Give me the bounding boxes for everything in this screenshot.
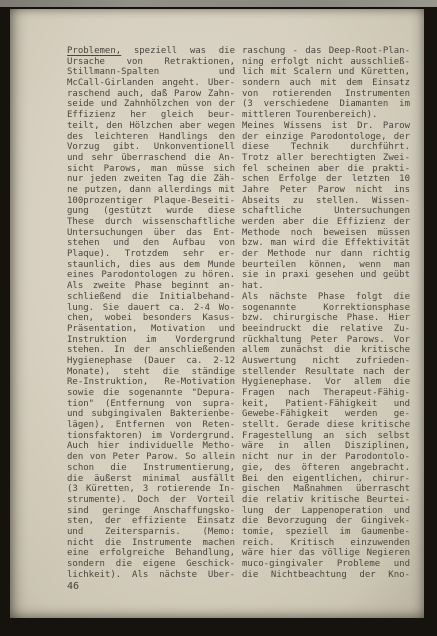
text-line: lägen), Entfernen von Reten- [67,420,235,431]
text-line: (3 verschiedene Diamanten im [242,99,410,110]
text-line: Problemen, speziell was die [67,46,235,57]
scanned-book-page: Problemen, speziell was dieUrsache von R… [0,0,437,636]
text-line: mittleren Tourenbereich). [242,110,410,121]
text-line: Vorzug gibt. Unkonventionell [67,142,235,153]
text-line: lung. Sie dauert ca. 2-4 Wo- [67,303,235,314]
text-line: Ursache von Retraktionen, [67,57,235,68]
text-line: gung (gestützt wurde diese [67,206,235,217]
text-line: Instruktion im Vordergrund [67,335,235,346]
text-line: Fragen nach Therapeut-Fähig- [242,388,410,399]
text-line: sogenannte Korrektionsphase [242,303,410,314]
text-line: Stillmann-Spalten und [67,67,235,78]
scanner-edge-band [0,0,437,7]
text-line: seide und Zahnhölzchen von der [67,99,235,110]
text-line: Jahre Peter Parow nicht ins [242,185,410,196]
text-line: Auswertung nicht zufrieden- [242,356,410,367]
text-line: teilt, den Hölzchen aber wegen [67,121,235,132]
text-line: raschend auch, daß Parow Zahn- [67,89,235,100]
text-line: allem zunächst die kritische [242,345,410,356]
text-line: Auch hier individuelle Metho- [67,441,235,452]
text-line: gischen Maßnahmen überrascht [242,484,410,495]
text-line: stellender Resultate nach der [242,367,410,378]
text-line: Präsentation, Motivation und [67,324,235,335]
text-line: den von Peter Parow. So allein [67,452,235,463]
text-line: Untersuchungen über das Ent- [67,228,235,239]
text-line: Als zweite Phase beginnt an- [67,281,235,292]
text-line: stehen. In der anschließenden [67,345,235,356]
text-line: schen Erfolge der letzten 10 [242,174,410,185]
text-line: nicht die Instrumente machen [67,538,235,549]
text-line: Fragestellung an sich selbst [242,431,410,442]
text-line: (3 Küretten, 3 rotierende In- [67,484,235,495]
text-line: Plaque). Trotzdem sehr er- [67,249,235,260]
text-line: die relativ kritische Beurtei- [242,495,410,506]
text-line: schaftliche Untersuchungen [242,206,410,217]
text-line: und subgingivalen Bakterienbe- [67,409,235,420]
text-line: Hygienephase. Vor allem die [242,377,410,388]
text-line: strumente). Doch der Vorteil [67,495,235,506]
text-line: schließend die Initialbehand- [67,292,235,303]
text-line: die äußerst minimal ausfällt [67,474,235,485]
text-line: Meines Wissens ist Dr. Parow [242,121,410,132]
text-line: und sehr überraschend die An- [67,153,235,164]
text-line: staunlich, dies aus dem Munde [67,260,235,271]
right-text-column: raschung - das Deep-Root-Plan-ning erfol… [242,46,410,580]
text-line: sicht Parows, man müsse sich [67,164,235,175]
page: Problemen, speziell was dieUrsache von R… [10,9,424,618]
text-line: chen, wobei besonders Kasus- [67,313,235,324]
text-line: die Nichtbeachtung der Kno- [242,570,410,581]
text-line: sondern auch mit dem Einsatz [242,78,410,89]
text-line: schon die Instrumentierung, [67,463,235,474]
text-line: diese Technik durchführt. [242,142,410,153]
text-line: wäre hier das völlige Negieren [242,548,410,559]
text-line: nicht nur in der Parodontolo- [242,452,410,463]
text-line: stehen und den Aufbau von [67,238,235,249]
text-line: Abseits zu stellen. Wissen- [242,196,410,207]
text-line: sowie die sogenannte "Depura- [67,388,235,399]
left-text-column: Problemen, speziell was dieUrsache von R… [67,46,235,580]
text-line: fel scheinen aber die prakti- [242,164,410,175]
text-line: lung der Lappenoperation und [242,506,410,517]
text-line: sind geringe Anschaffungsko- [67,506,235,517]
text-line: bzw. man wird die Effektivität [242,238,410,249]
text-line: sie in praxi gesehen und geübt [242,270,410,281]
text-line: Methode noch beweisen müssen [242,228,410,239]
text-line: hat. [242,281,410,292]
text-line: raschung - das Deep-Root-Plan- [242,46,410,57]
text-line: keit, Patient-Fähigkeit und [242,399,410,410]
text-line: von rotierenden Instrumenten [242,89,410,100]
text-line: lich mit Scalern und Küretten, [242,67,410,78]
text-line: reich. Kritisch einzuwenden [242,538,410,549]
text-line: muco-gingivaler Probleme und [242,559,410,570]
text-line: werden aber die Effizienz der [242,217,410,228]
text-line: Effizienz her gleich beur- [67,110,235,121]
text-line: McCall-Girlanden angeht. Über- [67,78,235,89]
text-line: eine erfolgreiche Behandlung, [67,548,235,559]
text-line: rückhaltung Peter Parows. Vor [242,335,410,346]
text-line: Bei den eigentlichen, chirur- [242,474,410,485]
text-line: sondern die eigene Geschick- [67,559,235,570]
text-line: bzw. chirurgische Phase. Hier [242,313,410,324]
text-line: ning erfolgt nicht ausschließ- [242,57,410,68]
text-line: Als nächste Phase folgt die [242,292,410,303]
text-line: beurteilen können, wenn man [242,260,410,271]
text-line: tionsfaktoren) im Vordergrund. [67,431,235,442]
text-line: 100prozentiger Plaque-Beseiti- [67,196,235,207]
text-line: der Methode nur dann richtig [242,249,410,260]
text-line: des leichteren Handlings den [67,132,235,143]
text-line: These durch wissenschaftliche [67,217,235,228]
page-number: 46 [67,581,79,592]
text-line: eines Parodontologen zu hören. [67,270,235,281]
text-line: tomie, speziell im Gaumenbe- [242,527,410,538]
text-line: tion" (Entfernung von supra- [67,399,235,410]
text-line: nur jeden zweiten Tag die Zäh- [67,174,235,185]
text-line: Monate), steht die ständige [67,367,235,378]
text-line: stellt. Gerade diese kritische [242,420,410,431]
text-line: beeindruckt die relative Zu- [242,324,410,335]
text-line: Trotz aller berechtigten Zwei- [242,153,410,164]
text-line: gie, des öfteren angebracht. [242,463,410,474]
text-line: die Bevorzugung der Gingivek- [242,516,410,527]
text-line: wäre in allen Disziplinen, [242,441,410,452]
text-line: sten, der effiziente Einsatz [67,516,235,527]
text-line: Hygienephase (Dauer ca. 2-12 [67,356,235,367]
underlined-word: Problemen, [67,46,121,56]
text-line: und Zeitersparnis. (Memo: [67,527,235,538]
text-line: Gewebe-Fähigkeit werden ge- [242,409,410,420]
text-line: lichkeit). Als nächste Über- [67,570,235,581]
text-line: der einzige Parodontologe, der [242,132,410,143]
text-line: Re-Instruktion, Re-Motivation [67,377,235,388]
text-line: ne putzen, dann allerdings mit [67,185,235,196]
